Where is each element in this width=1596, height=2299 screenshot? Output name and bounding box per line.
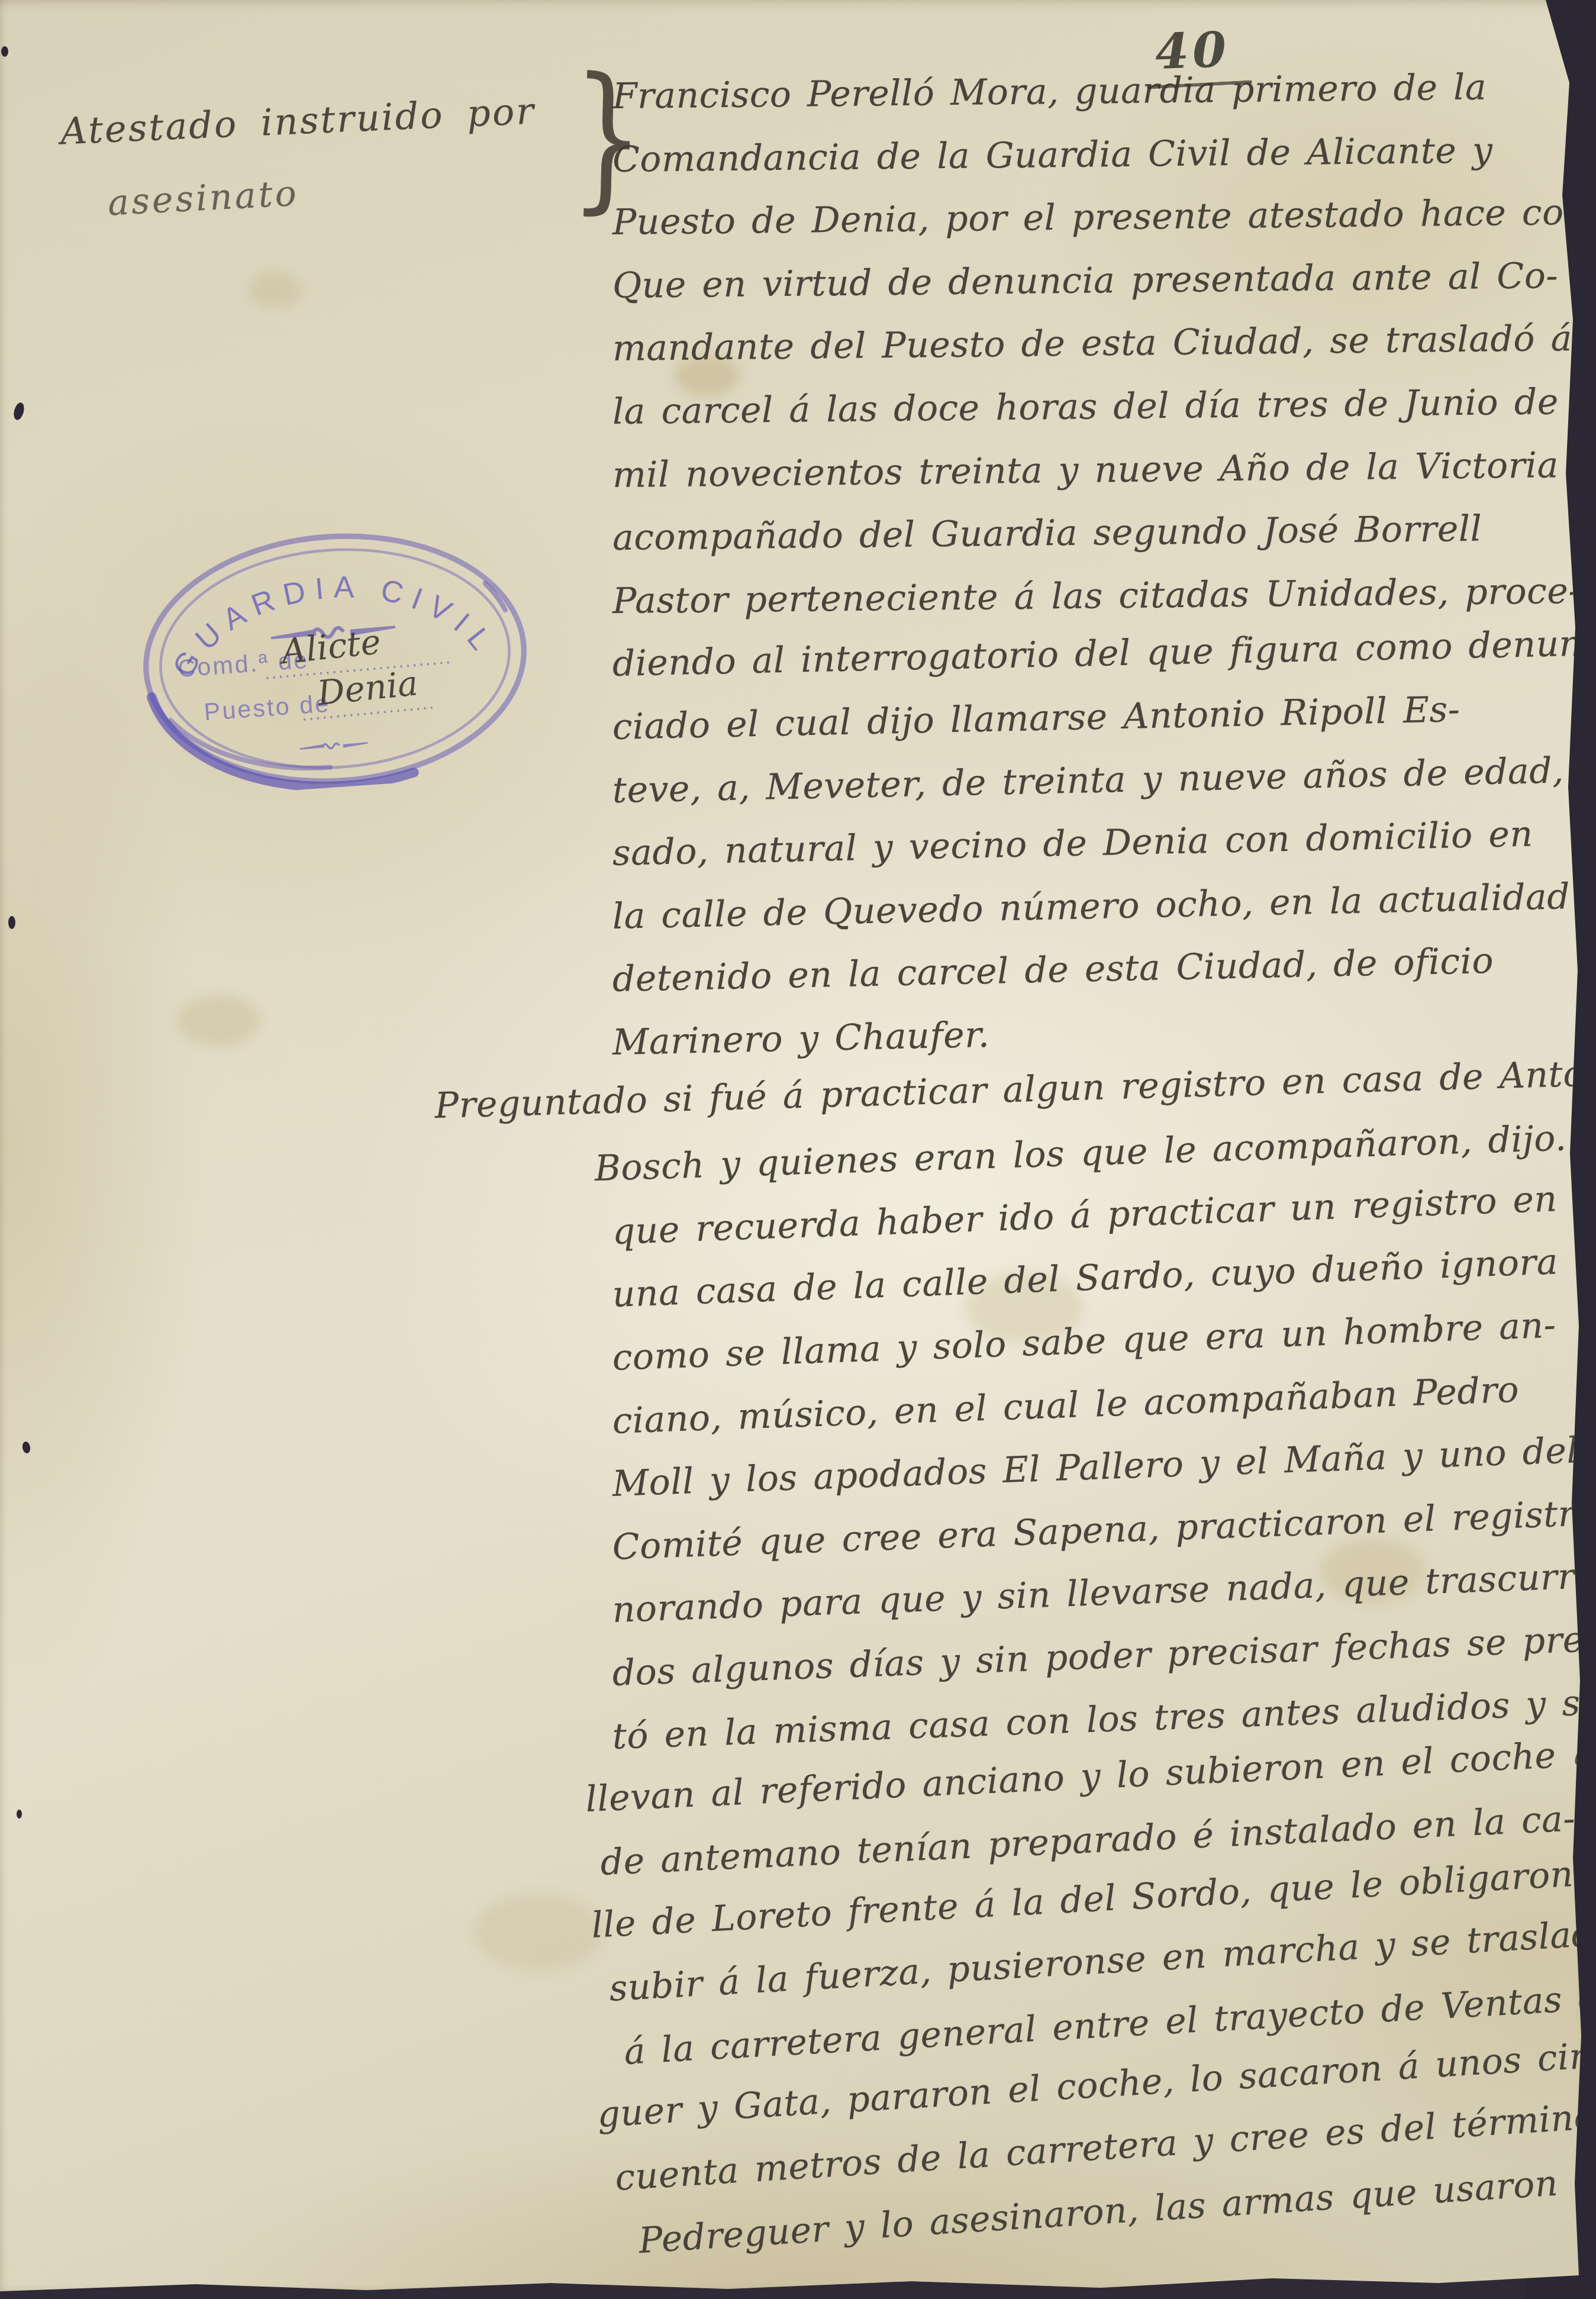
manuscript-line: como se llama y solo sabe que era un hom… <box>612 1304 1557 1379</box>
paper-stain <box>473 1894 604 1971</box>
manuscript-line: Preguntado si fué á practicar algun regi… <box>434 1052 1596 1127</box>
manuscript-line: Comandancia de la Guardia Civil de Alica… <box>612 130 1493 180</box>
manuscript-line: Comité que cree era Sapena, practicaron … <box>612 1490 1596 1568</box>
paper-stain <box>178 994 260 1047</box>
paper-speck <box>12 401 25 421</box>
manuscript-line: Francisco Perelló Mora, guardia primero … <box>612 67 1487 117</box>
stamp-puesto-label: Puesto de <box>203 689 331 726</box>
manuscript-line: sado, natural y vecino de Denia con domi… <box>612 814 1533 875</box>
manuscript-line: Pastor perteneciente á las citadas Unida… <box>612 570 1581 622</box>
margin-note-title: Atestado instruido por <box>60 89 536 153</box>
paper-speck <box>17 1810 22 1818</box>
manuscript-line: ciano, músico, en el cual le acompañaban… <box>612 1369 1520 1442</box>
paper-speck <box>1 46 8 57</box>
manuscript-line: teve, a, Meveter, de treinta y nueve año… <box>612 748 1596 811</box>
paper-stain <box>249 272 302 308</box>
guardia-civil-stamp: GUARDIA CIVIL Comd.ª de Alicte Puesto de… <box>131 517 539 801</box>
paper-speck <box>8 916 15 929</box>
manuscript-line: ciado el cual dijo llamarse Antonio Ripo… <box>612 689 1460 748</box>
manuscript-line: dos algunos días y sin poder precisar fe… <box>612 1616 1596 1694</box>
stamp-ornament-bottom <box>299 741 368 751</box>
manuscript-line: mil novecientos treinta y nueve Año de l… <box>612 444 1559 496</box>
manuscript-line: una casa de la calle del Sardo, cuyo due… <box>612 1242 1559 1316</box>
manuscript-line: la calle de Quevedo número ocho, en la a… <box>612 876 1571 937</box>
scanned-document: 40 Atestado instruido por asesinato } GU… <box>0 0 1596 2299</box>
manuscript-line: Bosch y quienes eran los que le acompaña… <box>594 1118 1568 1190</box>
margin-note-asesinato: asesinato <box>107 173 299 224</box>
stamp-puesto-value-handwritten: Denia <box>315 663 420 714</box>
manuscript-line: Que en virtud de denuncia presentada ant… <box>612 255 1559 307</box>
manuscript-line: acompañado del Guardia segundo José Borr… <box>612 508 1482 559</box>
manuscript-line: que recuerda haber ido á practicar un re… <box>612 1178 1558 1253</box>
paper-sheet: 40 Atestado instruido por asesinato } GU… <box>0 0 1596 2299</box>
stamp-comandancia-value-handwritten: Alicte <box>276 621 383 672</box>
manuscript-line: Marinero y Chaufer. <box>612 1014 990 1063</box>
manuscript-line: mandante del Puesto de esta Ciudad, se t… <box>612 318 1573 369</box>
manuscript-line: diendo al interrogatorio del que figura … <box>612 623 1595 685</box>
manuscript-line: la carcel á las doce horas del día tres … <box>612 381 1559 433</box>
manuscript-line: detenido en la carcel de esta Ciudad, de… <box>612 940 1494 1000</box>
paper-speck <box>21 1441 31 1454</box>
manuscript-line: Puesto de Denia, por el presente atestad… <box>612 191 1596 244</box>
manuscript-line: Moll y los apodados El Pallero y el Maña… <box>612 1430 1579 1505</box>
manuscript-line: norando para que y sin llevarse nada, qu… <box>612 1555 1596 1631</box>
